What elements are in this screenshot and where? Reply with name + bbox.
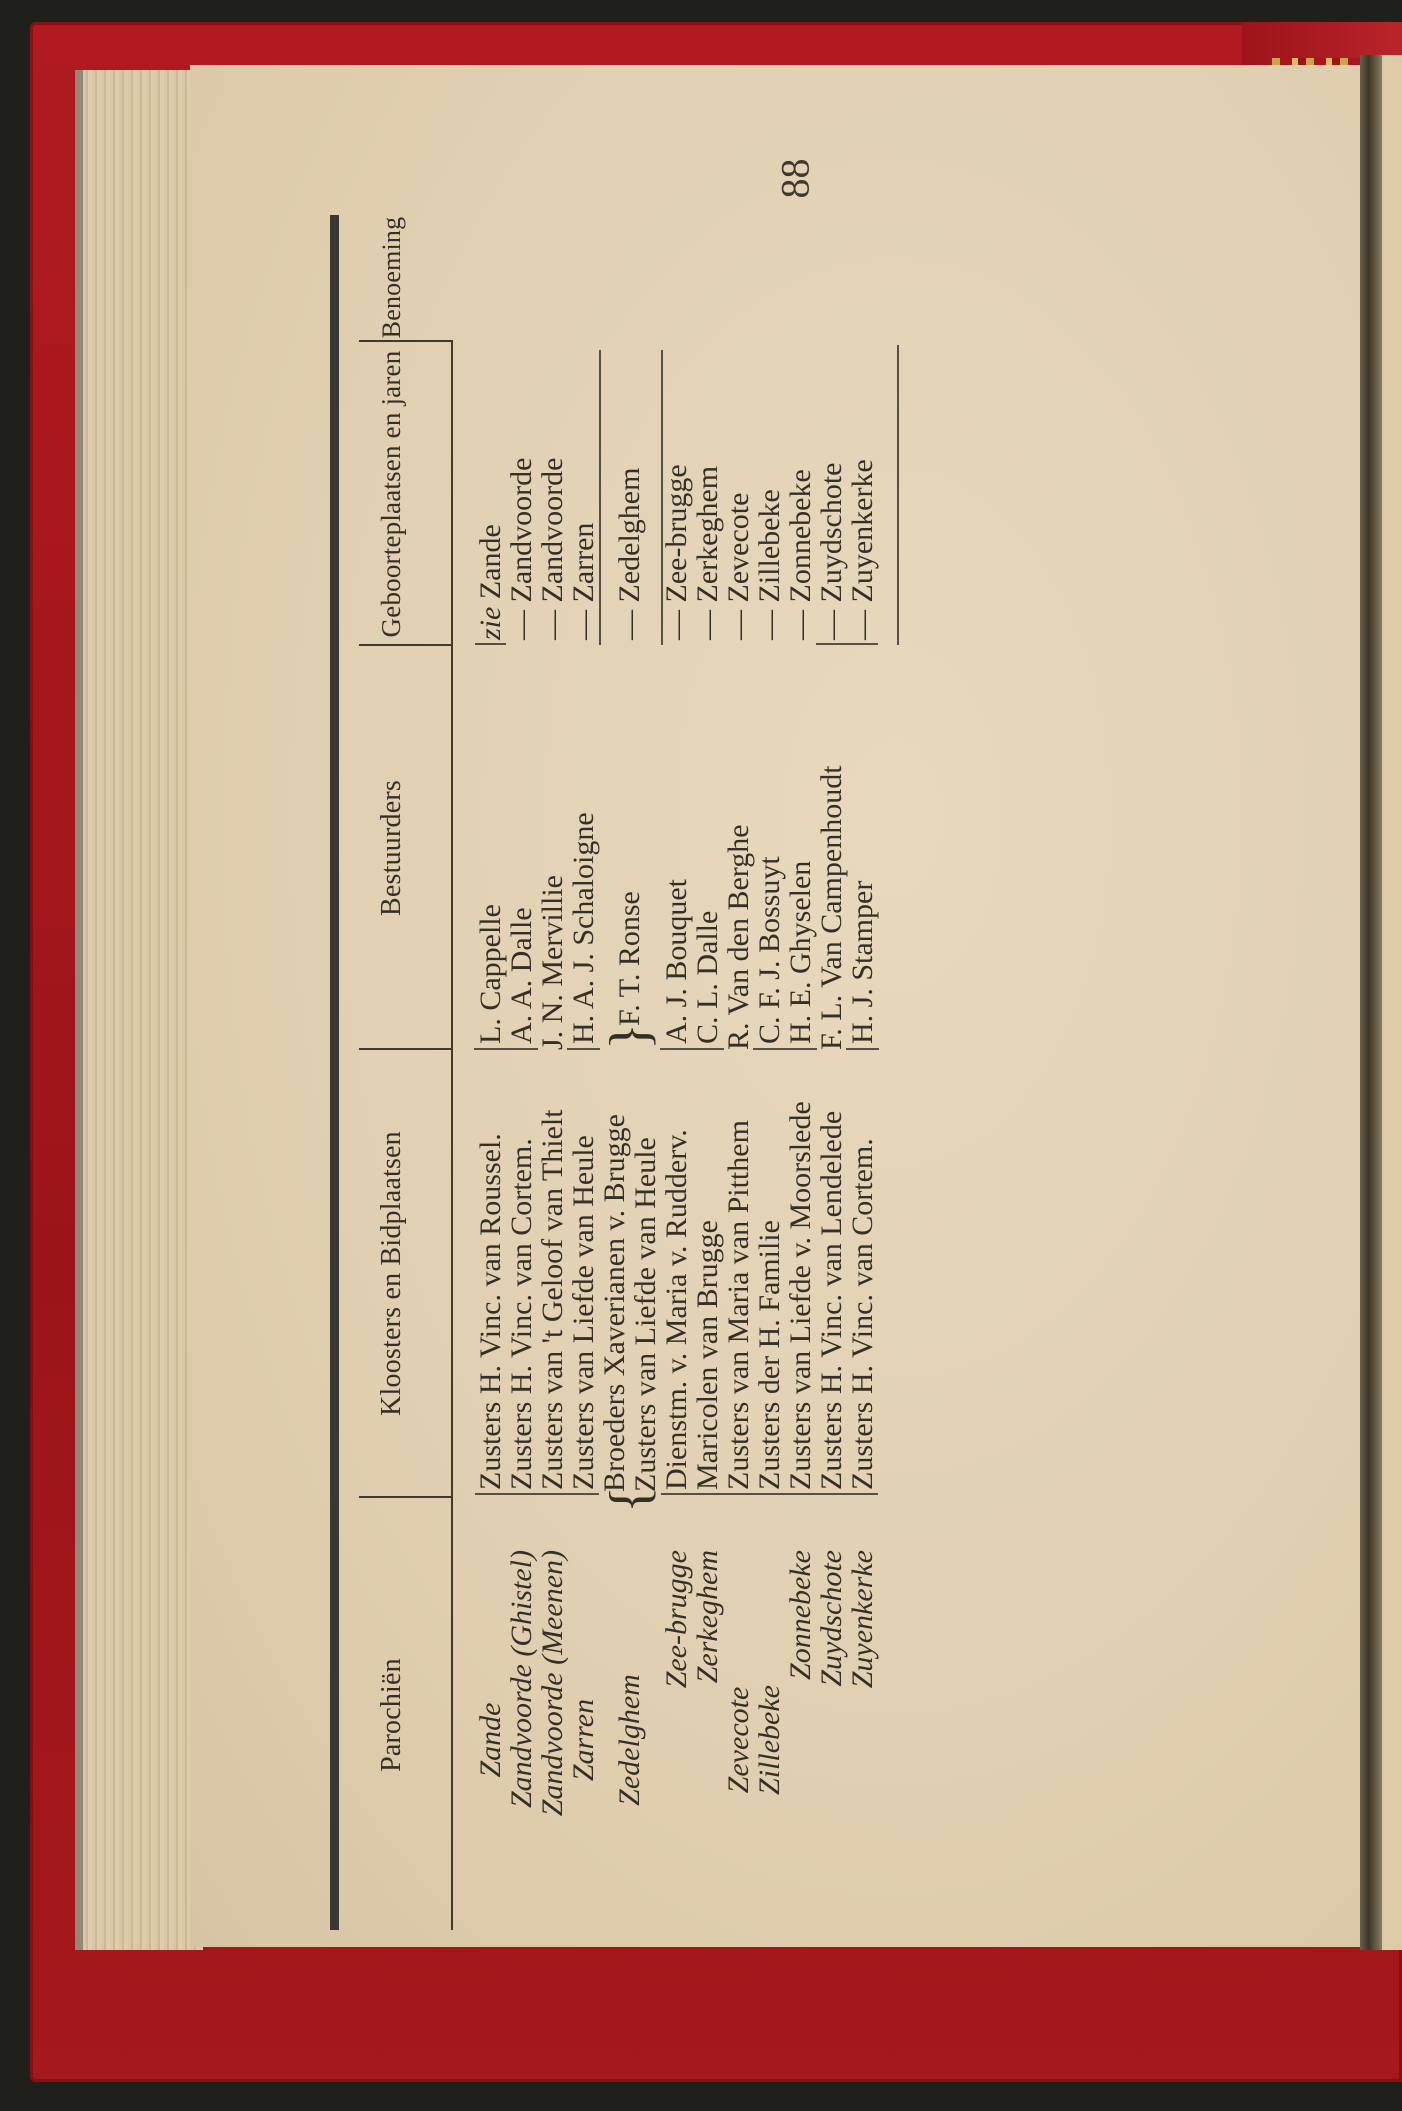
geboorte-prefix: —	[691, 610, 724, 640]
geboorte-prefix: —	[846, 610, 879, 640]
klooster-name: Zusters van Liefde van Heule	[568, 1050, 599, 1495]
geboorte-prefix: —	[784, 610, 817, 640]
facing-page-edge	[1382, 55, 1402, 1950]
header-geboorte: Geboorteplaatsen en jaren	[339, 344, 444, 644]
table-row: Zandvoorde (Ghistel) Zusters H. Vinc. va…	[506, 215, 537, 1930]
table-row: Zarren Zusters van Liefde van Heule H. A…	[568, 215, 599, 1930]
geboorte-place: Zevecote	[722, 493, 755, 603]
table-header: Parochiën Kloosters en Bidplaatsen Bestu…	[339, 215, 444, 1930]
page-number: 88	[772, 159, 819, 199]
parish-name: Zandvoorde (Meenen)	[537, 1550, 568, 1930]
header-separator	[359, 1496, 453, 1498]
geboorte-place: Zandvoorde	[536, 458, 569, 603]
geboorte-place: Zonnebeke	[784, 469, 817, 602]
geboorte-prefix: —	[722, 610, 755, 640]
bestuurder-name: A. A. Dalle	[505, 907, 538, 1050]
bestuurder-name: F. T. Ronse	[613, 891, 646, 1026]
geboorte-prefix: —	[613, 610, 646, 640]
table-row: Zevecote Zusters van Maria van Pitthem R…	[723, 215, 754, 1930]
klooster-name: Zusters H. Vinc. van Cortem.	[506, 1050, 537, 1495]
table-row: Zuydschote Zusters H. Vinc. van Lendeled…	[816, 215, 847, 1930]
parish-name: Zee-brugge	[661, 1550, 692, 1930]
parish-name: Zedelghem	[599, 1550, 661, 1930]
klooster-name: Maricolen van Brugge	[692, 1050, 723, 1495]
bestuurder-name: R. Van den Berghe	[722, 824, 755, 1050]
parish-table: Parochiën Kloosters en Bidplaatsen Bestu…	[330, 215, 920, 1930]
geboorte-place: Zuydschote	[815, 463, 848, 603]
bestuurder-name: J. N. Mervillie	[536, 875, 569, 1050]
parish-name: Zonnebeke	[785, 1550, 816, 1930]
parish-name: Zuyenkerke	[847, 1550, 878, 1930]
header-separator	[359, 644, 453, 646]
header-bestuurders: Bestuurders	[339, 648, 444, 1048]
header-separator	[359, 340, 453, 342]
geboorte-prefix: —	[660, 610, 693, 640]
parish-name: Zevecote	[723, 1550, 754, 1930]
geboorte-place: Zerkeghem	[691, 466, 724, 603]
geboorte-place: Zande	[474, 524, 507, 599]
header-separator	[359, 1048, 453, 1050]
geboorte-place: Zee-brugge	[660, 464, 693, 602]
geboorte-prefix: —	[536, 610, 569, 640]
geboorte-bottom-rule	[897, 345, 899, 645]
table-row: Zedelghem { Broeders Xaverianen v. Brugg…	[599, 215, 661, 1930]
header-underline	[451, 342, 453, 1930]
parish-name: Zuydschote	[816, 1550, 847, 1930]
table-row: Zee-brugge Dienstm. v. Maria v. Rudderv.…	[661, 215, 692, 1930]
header-benoeming: Benoeming	[339, 215, 444, 340]
klooster-name: Zusters der H. Familie	[754, 1050, 785, 1495]
table-row: Zande Zusters H. Vinc. van Roussel. L. C…	[475, 215, 506, 1930]
geboorte-place: Zuyenkerke	[846, 459, 879, 602]
table-body: Zande Zusters H. Vinc. van Roussel. L. C…	[475, 215, 878, 1930]
parish-name: Zande	[475, 1550, 506, 1930]
klooster-name: Zusters H. Vinc. van Lendelede	[816, 1050, 847, 1495]
bestuurder-name: C. L. Dalle	[691, 911, 724, 1050]
geboorte-prefix: —	[505, 610, 538, 640]
klooster-name: Zusters van Liefde v. Moorslede	[785, 1050, 816, 1495]
geboorte-place: Zillebeke	[753, 489, 786, 602]
table-row: Zuyenkerke Zusters H. Vinc. van Cortem. …	[847, 215, 878, 1930]
parish-name: Zerkeghem	[692, 1550, 723, 1930]
klooster-name-2: Zusters van Liefde van Heule	[630, 1052, 661, 1492]
geboorte-prefix: —	[567, 610, 600, 640]
bestuurder-name: H. A. J. Schaloigne	[567, 812, 600, 1050]
klooster-name: Zusters H. Vinc. van Roussel.	[475, 1050, 506, 1495]
book-gutter	[1360, 55, 1382, 1950]
bestuurder-name: F. L. Van Campenhoudt	[815, 765, 848, 1050]
geboorte-place: Zedelghem	[613, 468, 646, 603]
parish-name: Zandvoorde (Ghistel)	[506, 1550, 537, 1930]
bestuurder-name: A. J. Bouquet	[660, 879, 693, 1050]
table-row: Zerkeghem Maricolen van Brugge C. L. Dal…	[692, 215, 723, 1930]
geboorte-place: Zarren	[567, 523, 600, 603]
left-brace: {	[599, 1486, 661, 1513]
klooster-name: Dienstm. v. Maria v. Rudderv.	[661, 1050, 692, 1495]
bestuurder-name: C. F. J. Bossuyt	[753, 856, 786, 1050]
geboorte-place: Zandvoorde	[505, 458, 538, 603]
bestuurder-name: H. J. Stamper	[846, 881, 879, 1050]
klooster-name: Zusters van Maria van Pitthem	[723, 1050, 754, 1495]
table-row: Zonnebeke Zusters van Liefde v. Moorsled…	[785, 215, 816, 1930]
klooster-name: Zusters van 't Geloof van Thielt	[537, 1050, 568, 1495]
header-kloosters: Kloosters en Bidplaatsen	[339, 1051, 444, 1496]
bestuurder-name: H. E. Ghyselen	[784, 861, 817, 1050]
page-block-edges	[75, 70, 203, 1950]
geboorte-prefix: —	[753, 610, 786, 640]
header-parochien: Parochiën	[339, 1500, 444, 1930]
table-row: Zandvoorde (Meenen) Zusters van 't Geloo…	[537, 215, 568, 1930]
right-brace: }	[599, 1023, 661, 1050]
geboorte-prefix: —	[815, 610, 848, 640]
klooster-name: Broeders Xaverianen v. Brugge	[599, 1052, 630, 1492]
table-row: Zillebeke Zusters der H. Familie C. F. J…	[754, 215, 785, 1930]
table-top-rule	[330, 215, 339, 1930]
parish-name: Zarren	[568, 1550, 599, 1930]
parish-name: Zillebeke	[754, 1550, 785, 1930]
bestuurder-name: L. Cappelle	[474, 904, 507, 1050]
geboorte-prefix: zie	[474, 607, 507, 640]
klooster-name: Zusters H. Vinc. van Cortem.	[847, 1050, 878, 1495]
